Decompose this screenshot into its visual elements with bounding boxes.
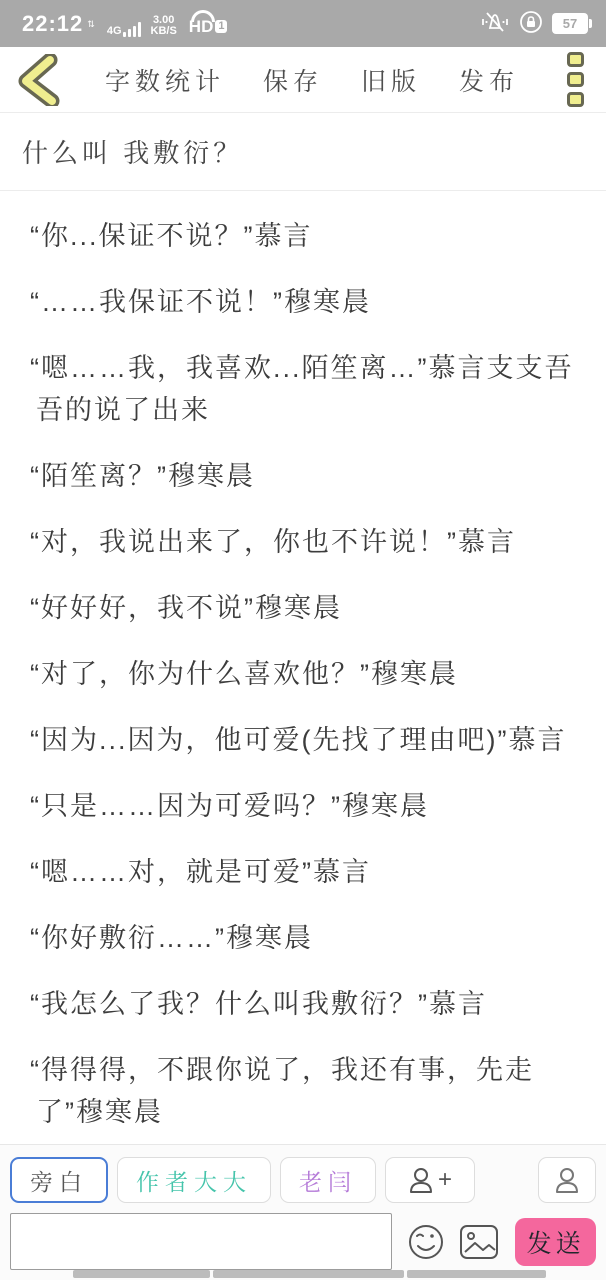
- person-icon: [408, 1166, 434, 1194]
- story-paragraph: “只是……因为可爱吗？”穆寒晨: [36, 785, 576, 827]
- publish-button[interactable]: 发布: [459, 62, 519, 98]
- smiley-icon: [407, 1223, 445, 1261]
- back-chevron-icon: [14, 54, 62, 106]
- role-author-button[interactable]: 作者大大: [117, 1157, 271, 1203]
- character-switch-button[interactable]: [538, 1157, 596, 1203]
- word-count-button[interactable]: 字数统计: [105, 62, 225, 98]
- emoji-button[interactable]: [406, 1222, 445, 1262]
- network-speed: 3.00 KB/S: [151, 15, 177, 37]
- clock: 22:12: [22, 11, 83, 37]
- story-paragraph: “嗯……对，就是可爱”慕言: [36, 851, 576, 893]
- story-paragraph: “对了，你为什么喜欢他？”穆寒晨: [36, 653, 576, 695]
- person-icon: [554, 1166, 580, 1194]
- battery-nub: [589, 19, 592, 28]
- story-paragraph: “好好好，我不说”穆寒晨: [36, 587, 576, 629]
- status-bar: 22:12 ⇅ 4G 3.00 KB/S HD 1: [0, 0, 606, 47]
- send-button[interactable]: 发送: [515, 1218, 596, 1266]
- story-paragraph: “你...保证不说？”慕言: [36, 215, 576, 257]
- mute-vibrate-icon: [480, 10, 510, 38]
- story-paragraph: “我怎么了我？什么叫我敷衍？”慕言: [36, 983, 576, 1025]
- story-paragraph: “得得得，不跟你说了，我还有事，先走了”穆寒晨: [36, 1049, 576, 1133]
- nav-hint-bar: [73, 1270, 210, 1278]
- volte-hd-icon: HD 1: [189, 17, 228, 37]
- nav-hint-bar: [407, 1270, 546, 1278]
- old-version-button[interactable]: 旧版: [361, 62, 421, 98]
- story-paragraph: “嗯……我，我喜欢...陌笙离…”慕言支支吾吾的说了出来: [36, 347, 576, 431]
- story-paragraph: “你好敷衍……”穆寒晨: [36, 917, 576, 959]
- story-paragraph: “对，我说出来了，你也不许说！”慕言: [36, 521, 576, 563]
- picture-icon: [459, 1224, 499, 1260]
- menu-square-icon: [567, 92, 584, 107]
- back-button[interactable]: [14, 54, 66, 106]
- sim1-badge: 1: [215, 20, 227, 33]
- message-input[interactable]: [10, 1213, 392, 1270]
- plus-icon: +: [438, 1166, 452, 1194]
- story-content[interactable]: “你...保证不说？”慕言 “……我保证不说！”穆寒晨 “嗯……我，我喜欢...…: [0, 191, 606, 1133]
- chapter-title-row[interactable]: 什么叫 我敷衍？: [0, 113, 606, 191]
- nav-hint-bar: [213, 1270, 404, 1278]
- menu-square-icon: [567, 52, 584, 67]
- network-type-label: 4G: [107, 26, 122, 37]
- phone-arc-icon: [191, 10, 215, 22]
- composer-panel: 旁白 作者大大 老闫 +: [0, 1144, 606, 1280]
- role-laoyan-button[interactable]: 老闫: [280, 1157, 376, 1203]
- overflow-menu-button[interactable]: [558, 51, 592, 109]
- save-button[interactable]: 保存: [263, 62, 323, 98]
- data-arrows-icon: ⇅: [87, 20, 95, 29]
- rotation-lock-icon: [519, 10, 543, 38]
- role-narration-button[interactable]: 旁白: [10, 1157, 108, 1203]
- story-paragraph: “……我保证不说！”穆寒晨: [36, 281, 576, 323]
- signal-bars-icon: [123, 21, 141, 37]
- battery-percent: 57: [563, 16, 577, 31]
- chapter-title: 什么叫 我敷衍？: [22, 133, 243, 170]
- bottom-nav-hints: [0, 1270, 606, 1279]
- story-paragraph: “因为...因为，他可爱(先找了理由吧)”慕言: [36, 719, 576, 761]
- compose-row: 发送: [10, 1213, 596, 1270]
- editor-toolbar: 字数统计 保存 旧版 发布: [0, 47, 606, 113]
- add-role-button[interactable]: +: [385, 1157, 475, 1203]
- image-button[interactable]: [459, 1222, 499, 1262]
- role-buttons-row: 旁白 作者大大 老闫 +: [10, 1157, 596, 1203]
- menu-square-icon: [567, 72, 584, 87]
- story-paragraph: “陌笙离？”穆寒晨: [36, 455, 576, 497]
- battery-indicator: 57: [552, 13, 592, 34]
